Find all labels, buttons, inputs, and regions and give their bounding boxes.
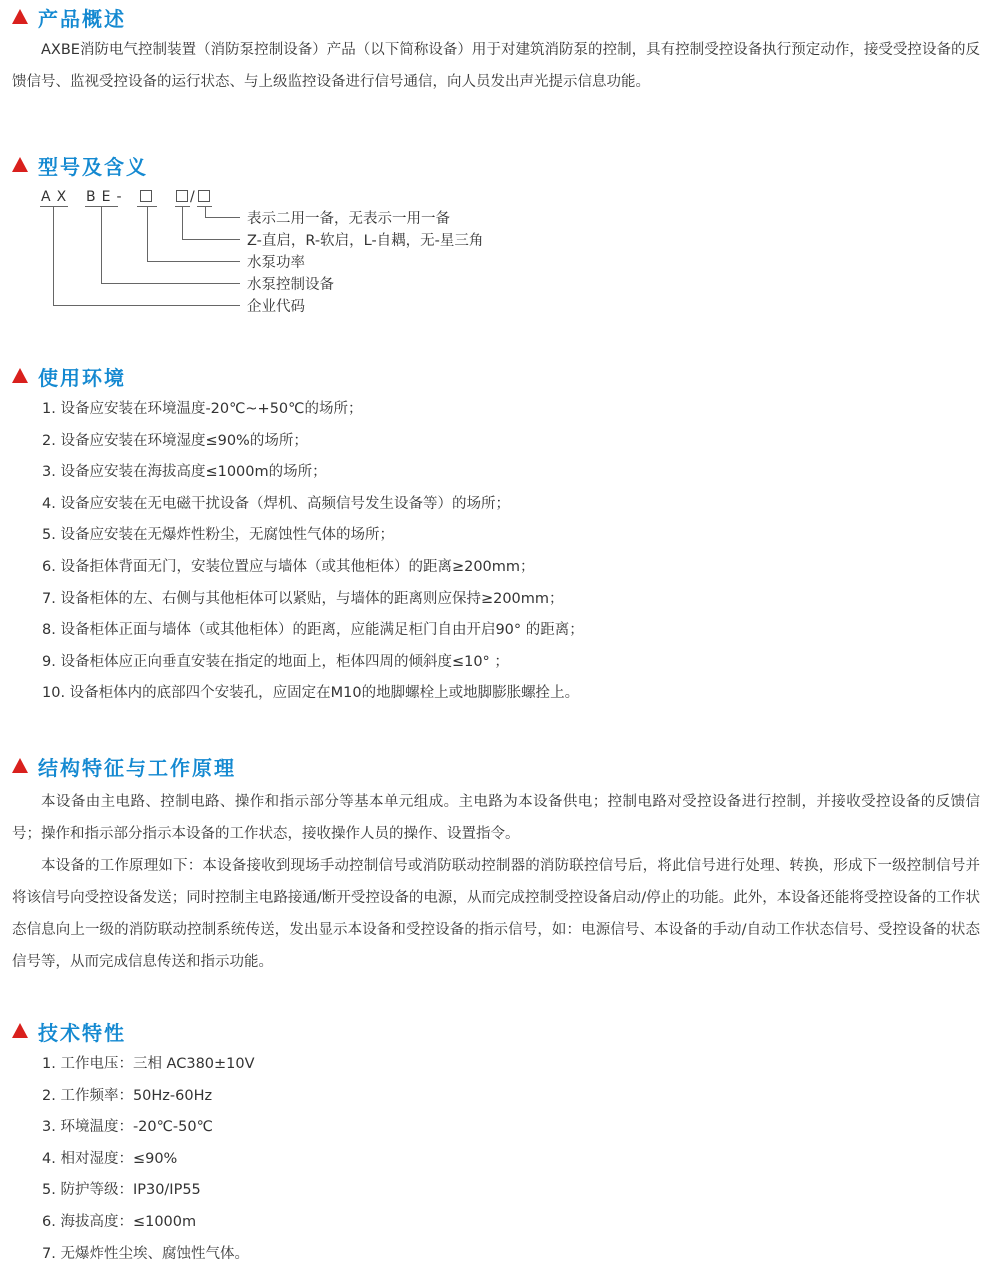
list-item: 7. 设备柜体的左、右侧与其他柜体可以紧贴，与墙体的距离则应保持≥200mm；	[42, 584, 584, 616]
list-item: 2. 工作频率：50Hz-60Hz	[42, 1081, 255, 1113]
list-item: 5. 防护等级：IP30/IP55	[42, 1175, 255, 1207]
section-heading: 结构特征与工作原理	[38, 752, 236, 781]
triangle-marker-icon	[12, 758, 28, 773]
triangle-marker-icon	[12, 368, 28, 383]
triangle-marker-icon	[12, 1023, 28, 1038]
list-item: 9. 设备柜体应正向垂直安装在指定的地面上，柜体四周的倾斜度≤10° ；	[42, 647, 584, 679]
list-item: 1. 工作电压：三相 AC380±10V	[42, 1049, 255, 1081]
legend-pump-power: 水泵功率	[247, 251, 305, 272]
section-title-environment: 使用环境	[12, 361, 126, 391]
list-item: 3. 设备应安装在海拔高度≤1000m的场所；	[42, 457, 584, 489]
section-title-specs: 技术特性	[12, 1016, 126, 1046]
list-item: 6. 海拔高度：≤1000m	[42, 1207, 255, 1239]
list-item: 7. 无爆炸性尘埃、腐蚀性气体。	[42, 1239, 255, 1271]
legend-company-code: 企业代码	[247, 295, 305, 316]
section-heading: 使用环境	[38, 362, 126, 391]
list-item: 2. 设备应安装在环境湿度≤90%的场所；	[42, 426, 584, 458]
leader-lines	[0, 0, 260, 320]
legend-standby: 表示二用一备，无表示一用一备	[247, 207, 450, 228]
list-item: 3. 环境温度：-20℃-50℃	[42, 1112, 255, 1144]
list-item: 10. 设备柜体内的底部四个安装孔，应固定在M10的地脚螺栓上或地脚膨胀螺拴上。	[42, 678, 584, 710]
environment-list: 1. 设备应安装在环境温度-20℃~+50℃的场所； 2. 设备应安装在环境湿度…	[42, 394, 584, 710]
list-item: 1. 设备应安装在环境温度-20℃~+50℃的场所；	[42, 394, 584, 426]
list-item: 4. 设备应安装在无电磁干扰设备（焊机、高频信号发生设备等）的场所；	[42, 489, 584, 521]
list-item: 4. 相对湿度：≤90%	[42, 1144, 255, 1176]
legend-start-mode: Z-直启，R-软启，L-自耦，无-星三角	[247, 229, 483, 250]
legend-pump-control: 水泵控制设备	[247, 273, 334, 294]
list-item: 5. 设备应安装在无爆炸性粉尘，无腐蚀性气体的场所；	[42, 520, 584, 552]
list-item: 8. 设备柜体正面与墙体（或其他柜体）的距离，应能满足柜门自由开启90° 的距离…	[42, 615, 584, 647]
section-heading: 技术特性	[38, 1017, 126, 1046]
structure-paragraph-1: 本设备由主电路、控制电路、操作和指示部分等基本单元组成。主电路为本设备供电；控制…	[12, 786, 980, 850]
specs-list: 1. 工作电压：三相 AC380±10V 2. 工作频率：50Hz-60Hz 3…	[42, 1049, 255, 1270]
list-item: 6. 设备拒体背面无门，安装位置应与墙体（或其他柜体）的距离≥200mm；	[42, 552, 584, 584]
structure-paragraph-2: 本设备的工作原理如下：本设备接收到现场手动控制信号或消防联动控制器的消防联控信号…	[12, 850, 980, 978]
section-title-structure: 结构特征与工作原理	[12, 751, 236, 781]
